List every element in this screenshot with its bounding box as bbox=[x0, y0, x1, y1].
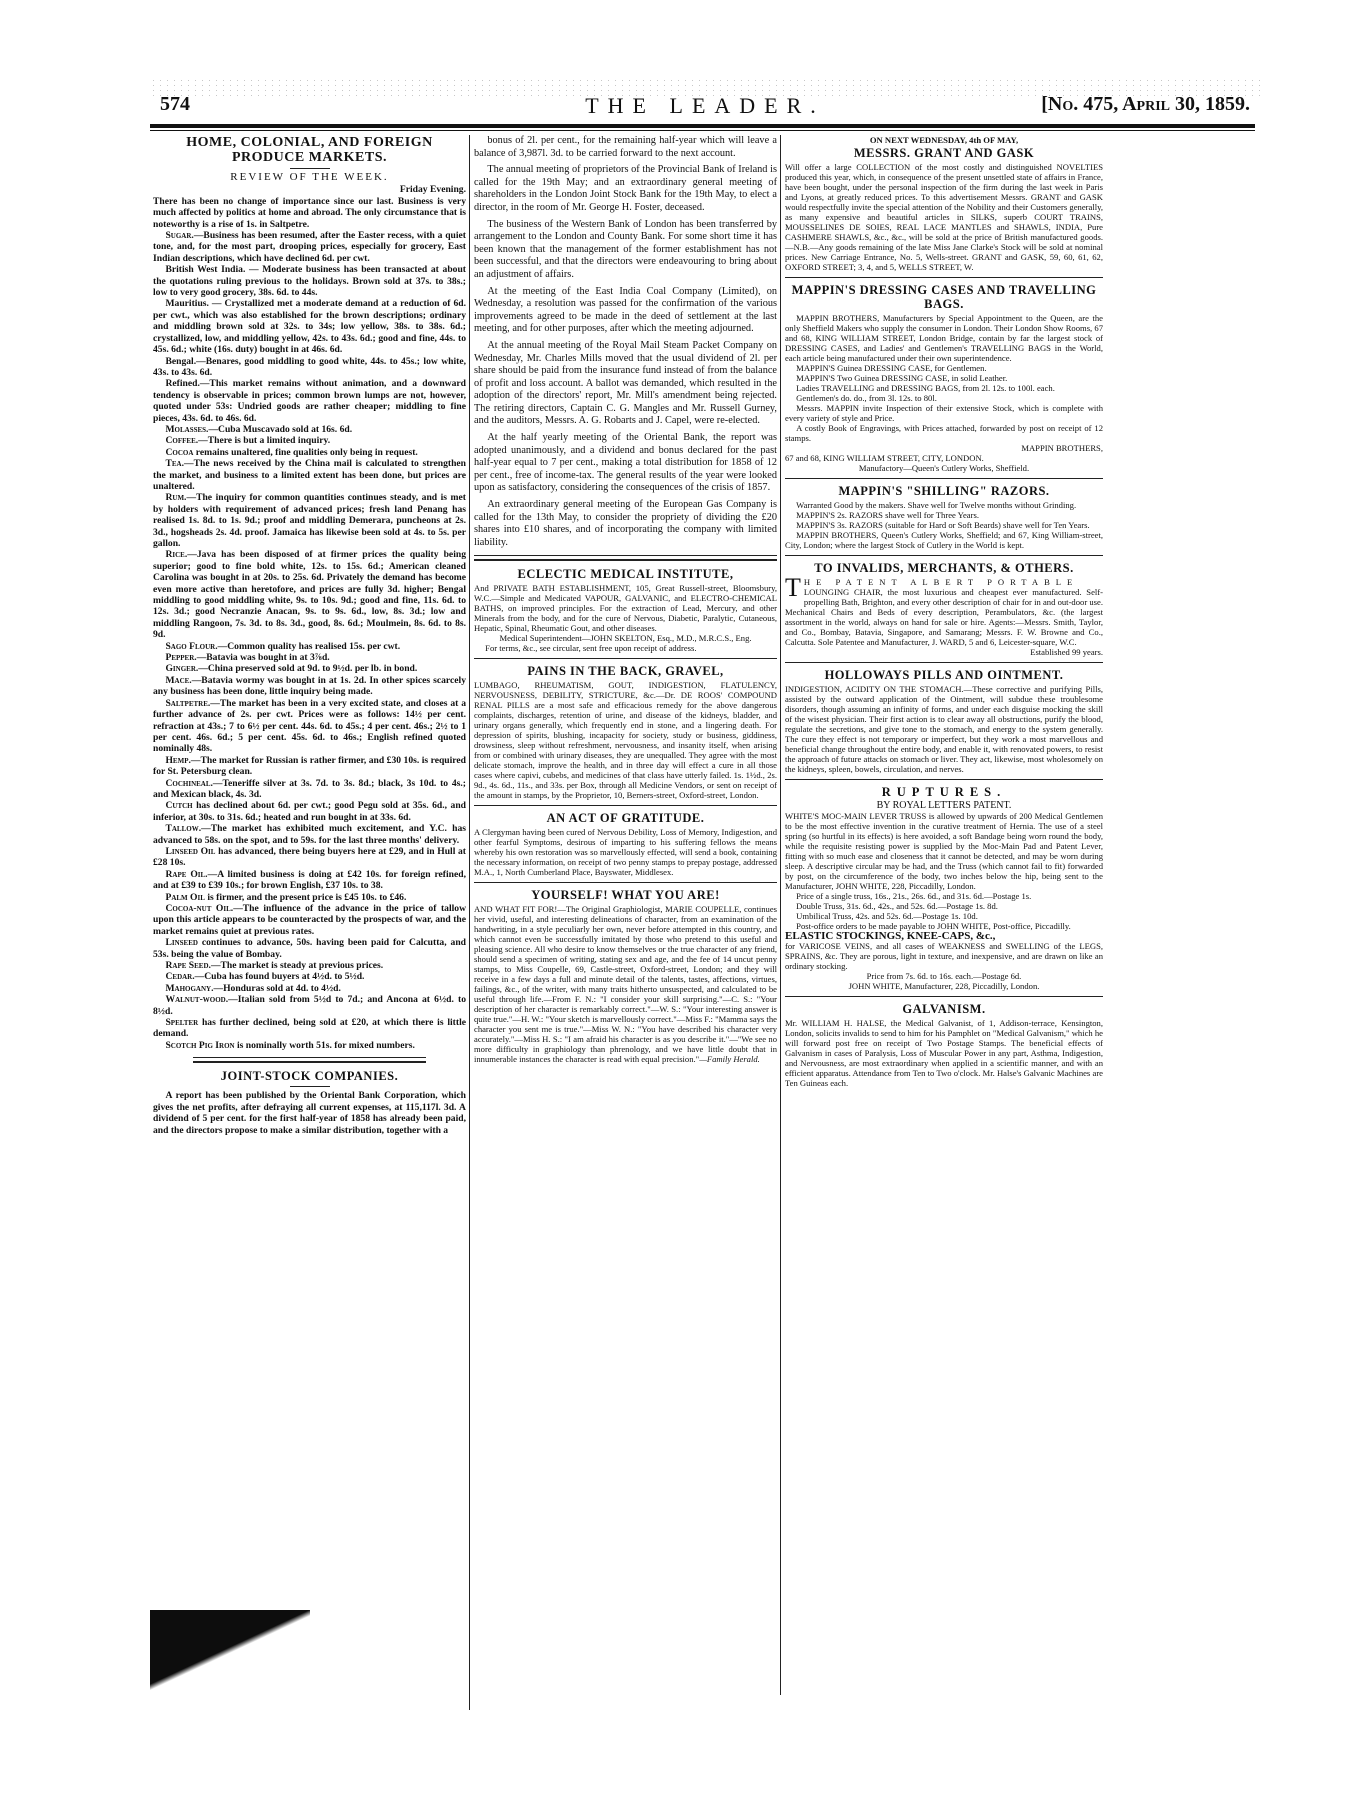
ruptures-title: RUPTURES. bbox=[785, 785, 1103, 799]
issue-date: [No. 475, April 30, 1859. bbox=[1041, 93, 1250, 116]
paragraph: bonus of 2l. per cent., for the remainin… bbox=[474, 135, 777, 160]
holloway-text: INDIGESTION, ACIDITY ON THE STOMACH.—The… bbox=[785, 684, 1103, 774]
divider bbox=[474, 658, 777, 659]
divider bbox=[474, 555, 777, 561]
dateline: Friday Evening. bbox=[153, 184, 466, 195]
divider bbox=[785, 662, 1103, 663]
paragraph: MAPPIN BROTHERS, Queen's Cutlery Works, … bbox=[785, 530, 1103, 550]
market-report: Ginger.—China preserved sold at 9d. to 9… bbox=[153, 663, 466, 674]
paragraph: The annual meeting of proprietors of the… bbox=[474, 164, 777, 214]
commodity-name: Spelter bbox=[165, 1017, 198, 1028]
market-report: Cutch has declined about 6d. per cwt.; g… bbox=[153, 800, 466, 823]
paragraph: At the annual meeting of the Royal Mail … bbox=[474, 340, 777, 428]
market-report: British West India. — Moderate business … bbox=[153, 264, 466, 298]
commodity-name: Cocoa bbox=[165, 447, 193, 458]
paragraph: MAPPIN'S Two Guinea DRESSING CASE, in so… bbox=[785, 373, 1103, 383]
market-report: Cochineal.—Teneriffe silver at 3s. 7d. t… bbox=[153, 778, 466, 801]
market-report: Coffee.—There is but a limited inquiry. bbox=[153, 435, 466, 446]
commodity-name: Rum. bbox=[165, 492, 186, 503]
commodity-name: Cutch bbox=[165, 800, 192, 811]
eclectic-superintendent: Medical Superintendent—JOHN SKELTON, Esq… bbox=[474, 633, 777, 643]
commodity-name: Palm Oil bbox=[165, 892, 204, 903]
column-markets: HOME, COLONIAL, AND FOREIGN PRODUCE MARK… bbox=[153, 135, 466, 1136]
commodity-name: Walnut-wood. bbox=[165, 994, 228, 1005]
market-report: Linseed continues to advance, 50s. havin… bbox=[153, 937, 466, 960]
pains-text: LUMBAGO, RHEUMATISM, GOUT, INDIGESTION, … bbox=[474, 680, 777, 800]
paragraph: Gentlemen's do. do., from 3l. 12s. to 80… bbox=[785, 393, 1103, 403]
mappin-razors-body: Warranted Good by the makers. Shave well… bbox=[785, 500, 1103, 550]
market-report: Spelter has further declined, being sold… bbox=[153, 1017, 466, 1040]
ad-holloway: HOLLOWAYS PILLS AND OINTMENT. INDIGESTIO… bbox=[785, 668, 1103, 774]
invalids-text: THE PATENT ALBERT PORTABLELOUNGING CHAIR… bbox=[785, 577, 1103, 647]
elastic-price: Price from 7s. 6d. to 16s. each.—Postage… bbox=[785, 971, 1103, 981]
divider bbox=[290, 168, 330, 169]
paragraph: MAPPIN BROTHERS, Manufacturers by Specia… bbox=[785, 313, 1103, 363]
market-report: Refined.—This market remains without ani… bbox=[153, 378, 466, 424]
paragraph: At the meeting of the East India Coal Co… bbox=[474, 286, 777, 336]
commodity-name: Ginger. bbox=[165, 663, 198, 674]
divider bbox=[785, 555, 1103, 556]
commodity-name: Linseed Oil bbox=[165, 846, 215, 857]
ad-grant-gask: ON NEXT WEDNESDAY, 4th OF MAY, MESSRS. G… bbox=[785, 135, 1103, 272]
paragraph: Messrs. MAPPIN invite Inspection of thei… bbox=[785, 403, 1103, 423]
column-divider bbox=[780, 135, 781, 1695]
mappin-address: 67 and 68, KING WILLIAM STREET, CITY, LO… bbox=[785, 453, 1103, 463]
column-joint-stock: bonus of 2l. per cent., for the remainin… bbox=[474, 135, 777, 1064]
elastic-text: for VARICOSE VEINS, and all cases of WEA… bbox=[785, 941, 1103, 971]
joint-stock-title: JOINT-STOCK COMPANIES. bbox=[153, 1069, 466, 1083]
ad-pains-back: PAINS IN THE BACK, GRAVEL, LUMBAGO, RHEU… bbox=[474, 664, 777, 800]
paragraph: Umbilical Truss, 42s. and 52s. 6d.—Posta… bbox=[785, 911, 1103, 921]
market-report: Tallow.—The market has exhibited much ex… bbox=[153, 823, 466, 846]
ad-gratitude: AN ACT OF GRATITUDE. A Clergyman having … bbox=[474, 811, 777, 877]
market-report: Tea.—The news received by the China mail… bbox=[153, 458, 466, 492]
market-report: Mace.—Batavia wormy was bought in at 1s.… bbox=[153, 675, 466, 698]
joint-stock-text: A report has been published by the Orien… bbox=[153, 1090, 466, 1136]
market-report: Rum.—The inquiry for common quantities c… bbox=[153, 492, 466, 549]
galvanism-title: GALVANISM. bbox=[785, 1002, 1103, 1016]
invalids-lead: HE PATENT ALBERT PORTABLE bbox=[804, 577, 1078, 587]
page-header: 574 THE LEADER. [No. 475, April 30, 1859… bbox=[150, 93, 1260, 123]
commodity-name: Sugar. bbox=[165, 230, 193, 241]
commodity-name: Rice. bbox=[165, 549, 187, 560]
markets-subtitle: REVIEW OF THE WEEK. bbox=[153, 172, 466, 183]
ad-mappin-cases: MAPPIN'S DRESSING CASES AND TRAVELLING B… bbox=[785, 283, 1103, 473]
market-report: Mauritius. — Crystallized met a moderate… bbox=[153, 298, 466, 355]
market-report: Palm Oil is firmer, and the present pric… bbox=[153, 892, 466, 903]
market-report: Sugar.—Business has been resumed, after … bbox=[153, 230, 466, 264]
grant-text: Will offer a large COLLECTION of the mos… bbox=[785, 162, 1103, 272]
joint-stock-reports: bonus of 2l. per cent., for the remainin… bbox=[474, 135, 777, 549]
paragraph: A costly Book of Engravings, with Prices… bbox=[785, 423, 1103, 443]
commodity-name: Linseed bbox=[165, 937, 197, 948]
divider bbox=[474, 882, 777, 883]
markets-title: HOME, COLONIAL, AND FOREIGN PRODUCE MARK… bbox=[153, 135, 466, 165]
market-report: Hemp.—The market for Russian is rather f… bbox=[153, 755, 466, 778]
ruptures-text: WHITE'S MOC-MAIN LEVER TRUSS is allowed … bbox=[785, 811, 1103, 891]
market-report: Pepper.—Batavia was bought in at 3⅞d. bbox=[153, 652, 466, 663]
paragraph: MAPPIN'S Guinea DRESSING CASE, for Gentl… bbox=[785, 363, 1103, 373]
mappin-signature: MAPPIN BROTHERS, bbox=[785, 443, 1103, 453]
ad-ruptures: RUPTURES. BY ROYAL LETTERS PATENT. WHITE… bbox=[785, 785, 1103, 991]
commodity-name: Saltpetre. bbox=[165, 698, 210, 709]
yourself-source: —Family Herald. bbox=[699, 1054, 760, 1064]
market-report: Walnut-wood.—Italian sold from 5½d to 7d… bbox=[153, 994, 466, 1017]
commodity-name: Mahogany. bbox=[165, 983, 213, 994]
holloway-title: HOLLOWAYS PILLS AND OINTMENT. bbox=[785, 668, 1103, 682]
yourself-text: AND WHAT FIT FOR!—The Original Graphiolo… bbox=[474, 904, 777, 1064]
divider bbox=[785, 277, 1103, 278]
market-report: Sago Flour.—Common quality has realised … bbox=[153, 641, 466, 652]
markets-intro: There has been no change of importance s… bbox=[153, 196, 466, 230]
commodity-name: Cedar. bbox=[165, 971, 194, 982]
market-report: Cedar.—Cuba has found buyers at 4½d. to … bbox=[153, 971, 466, 982]
commodity-name: Tea. bbox=[165, 458, 184, 469]
market-report: Bengal.—Benares, good middling to good w… bbox=[153, 356, 466, 379]
mappin-cases-body: MAPPIN BROTHERS, Manufacturers by Specia… bbox=[785, 313, 1103, 443]
eclectic-text: And PRIVATE BATH ESTABLISHMENT, 105, Gre… bbox=[474, 583, 777, 633]
ad-yourself: YOURSELF! WHAT YOU ARE! AND WHAT FIT FOR… bbox=[474, 888, 777, 1064]
market-reports: Sugar.—Business has been resumed, after … bbox=[153, 230, 466, 1051]
market-report: Mahogany.—Honduras sold at 4d. to 4½d. bbox=[153, 983, 466, 994]
page-curl-shadow bbox=[150, 1610, 310, 1690]
invalids-body: LOUNGING CHAIR, the most luxurious and c… bbox=[785, 587, 1103, 647]
column-divider bbox=[469, 135, 470, 1710]
commodity-name: Rape Oil. bbox=[165, 869, 207, 880]
paragraph: MAPPIN'S 2s. RAZORS shave well for Three… bbox=[785, 510, 1103, 520]
divider bbox=[785, 478, 1103, 479]
galvanism-text: Mr. WILLIAM H. HALSE, the Medical Galvan… bbox=[785, 1018, 1103, 1088]
invalids-established: Established 99 years. bbox=[785, 647, 1103, 657]
market-report: Rape Seed.—The market is steady at previ… bbox=[153, 960, 466, 971]
ad-invalids: TO INVALIDS, MERCHANTS, & OTHERS. THE PA… bbox=[785, 561, 1103, 657]
ruptures-subtitle: BY ROYAL LETTERS PATENT. bbox=[785, 801, 1103, 811]
paragraph: At the half yearly meeting of the Orient… bbox=[474, 432, 777, 495]
mappin-factory: Manufactory—Queen's Cutlery Works, Sheff… bbox=[785, 463, 1103, 473]
market-report: Cocoa remains unaltered, fine qualities … bbox=[153, 447, 466, 458]
market-report: Rice.—Java has been disposed of at firme… bbox=[153, 549, 466, 640]
commodity-name: Cochineal. bbox=[165, 778, 212, 789]
pains-title: PAINS IN THE BACK, GRAVEL, bbox=[474, 664, 777, 678]
ruptures-prices: Price of a single truss, 16s., 21s., 26s… bbox=[785, 891, 1103, 931]
commodity-name: Sago Flour. bbox=[165, 641, 217, 652]
commodity-name: Hemp. bbox=[165, 755, 190, 766]
ad-eclectic-medical: ECLECTIC MEDICAL INSTITUTE, And PRIVATE … bbox=[474, 567, 777, 653]
paragraph: An extraordinary general meeting of the … bbox=[474, 499, 777, 549]
elastic-maker: JOHN WHITE, Manufacturer, 228, Piccadill… bbox=[785, 981, 1103, 991]
commodity-name: Molasses. bbox=[165, 424, 208, 435]
paragraph: Warranted Good by the makers. Shave well… bbox=[785, 500, 1103, 510]
mappin-cases-title: MAPPIN'S DRESSING CASES AND TRAVELLING B… bbox=[785, 283, 1103, 311]
divider bbox=[474, 805, 777, 806]
drop-cap: T bbox=[785, 577, 801, 599]
market-report: Saltpetre.—The market has been in a very… bbox=[153, 698, 466, 755]
divider bbox=[193, 1057, 426, 1063]
gratitude-text: A Clergyman having been cured of Nervous… bbox=[474, 827, 777, 877]
commodity-name: Pepper. bbox=[165, 652, 196, 663]
mappin-razors-title: MAPPIN'S "SHILLING" RAZORS. bbox=[785, 484, 1103, 498]
commodity-name: Mace. bbox=[165, 675, 191, 686]
paragraph: The business of the Western Bank of Lond… bbox=[474, 219, 777, 282]
ad-galvanism: GALVANISM. Mr. WILLIAM H. HALSE, the Med… bbox=[785, 1002, 1103, 1088]
market-report: Scotch Pig Iron is nominally worth 51s. … bbox=[153, 1040, 466, 1051]
market-report: Cocoa-nut Oil.—The influence of the adva… bbox=[153, 903, 466, 937]
market-report: Rape Oil.—A limited business is doing at… bbox=[153, 869, 466, 892]
divider bbox=[785, 996, 1103, 997]
gratitude-title: AN ACT OF GRATITUDE. bbox=[474, 811, 777, 825]
yourself-body: AND WHAT FIT FOR!—The Original Graphiolo… bbox=[474, 904, 777, 1064]
elastic-title: ELASTIC STOCKINGS, KNEE-CAPS, &c., bbox=[785, 931, 1103, 941]
paragraph: Ladies TRAVELLING and DRESSING BAGS, fro… bbox=[785, 383, 1103, 393]
yourself-title: YOURSELF! WHAT YOU ARE! bbox=[474, 888, 777, 902]
ad-mappin-razors: MAPPIN'S "SHILLING" RAZORS. Warranted Go… bbox=[785, 484, 1103, 550]
header-rule bbox=[150, 124, 1255, 128]
commodity-name: Scotch Pig Iron bbox=[165, 1040, 234, 1051]
market-report: Molasses.—Cuba Muscavado sold at 16s. 6d… bbox=[153, 424, 466, 435]
commodity-name: Cocoa-nut Oil. bbox=[165, 903, 233, 914]
invalids-title: TO INVALIDS, MERCHANTS, & OTHERS. bbox=[785, 561, 1103, 575]
grant-title: MESSRS. GRANT AND GASK bbox=[785, 146, 1103, 160]
market-report: Linseed Oil has advanced, there being bu… bbox=[153, 846, 466, 869]
paragraph: Price of a single truss, 16s., 21s., 26s… bbox=[785, 891, 1103, 901]
eclectic-terms: For terms, &c., see circular, sent free … bbox=[474, 643, 777, 653]
commodity-name: Rape Seed. bbox=[165, 960, 210, 971]
paragraph: MAPPIN'S 3s. RAZORS (suitable for Hard o… bbox=[785, 520, 1103, 530]
divider bbox=[290, 1086, 330, 1087]
commodity-name: Coffee. bbox=[165, 435, 198, 446]
paragraph: Double Truss, 31s. 6d., 42s., and 52s. 6… bbox=[785, 901, 1103, 911]
header-rule-thin bbox=[150, 130, 1255, 131]
divider bbox=[785, 779, 1103, 780]
grant-kicker: ON NEXT WEDNESDAY, 4th OF MAY, bbox=[785, 135, 1103, 145]
commodity-name: Tallow. bbox=[165, 823, 201, 834]
eclectic-title: ECLECTIC MEDICAL INSTITUTE, bbox=[474, 567, 777, 581]
column-advertisements: ON NEXT WEDNESDAY, 4th OF MAY, MESSRS. G… bbox=[785, 135, 1103, 1088]
